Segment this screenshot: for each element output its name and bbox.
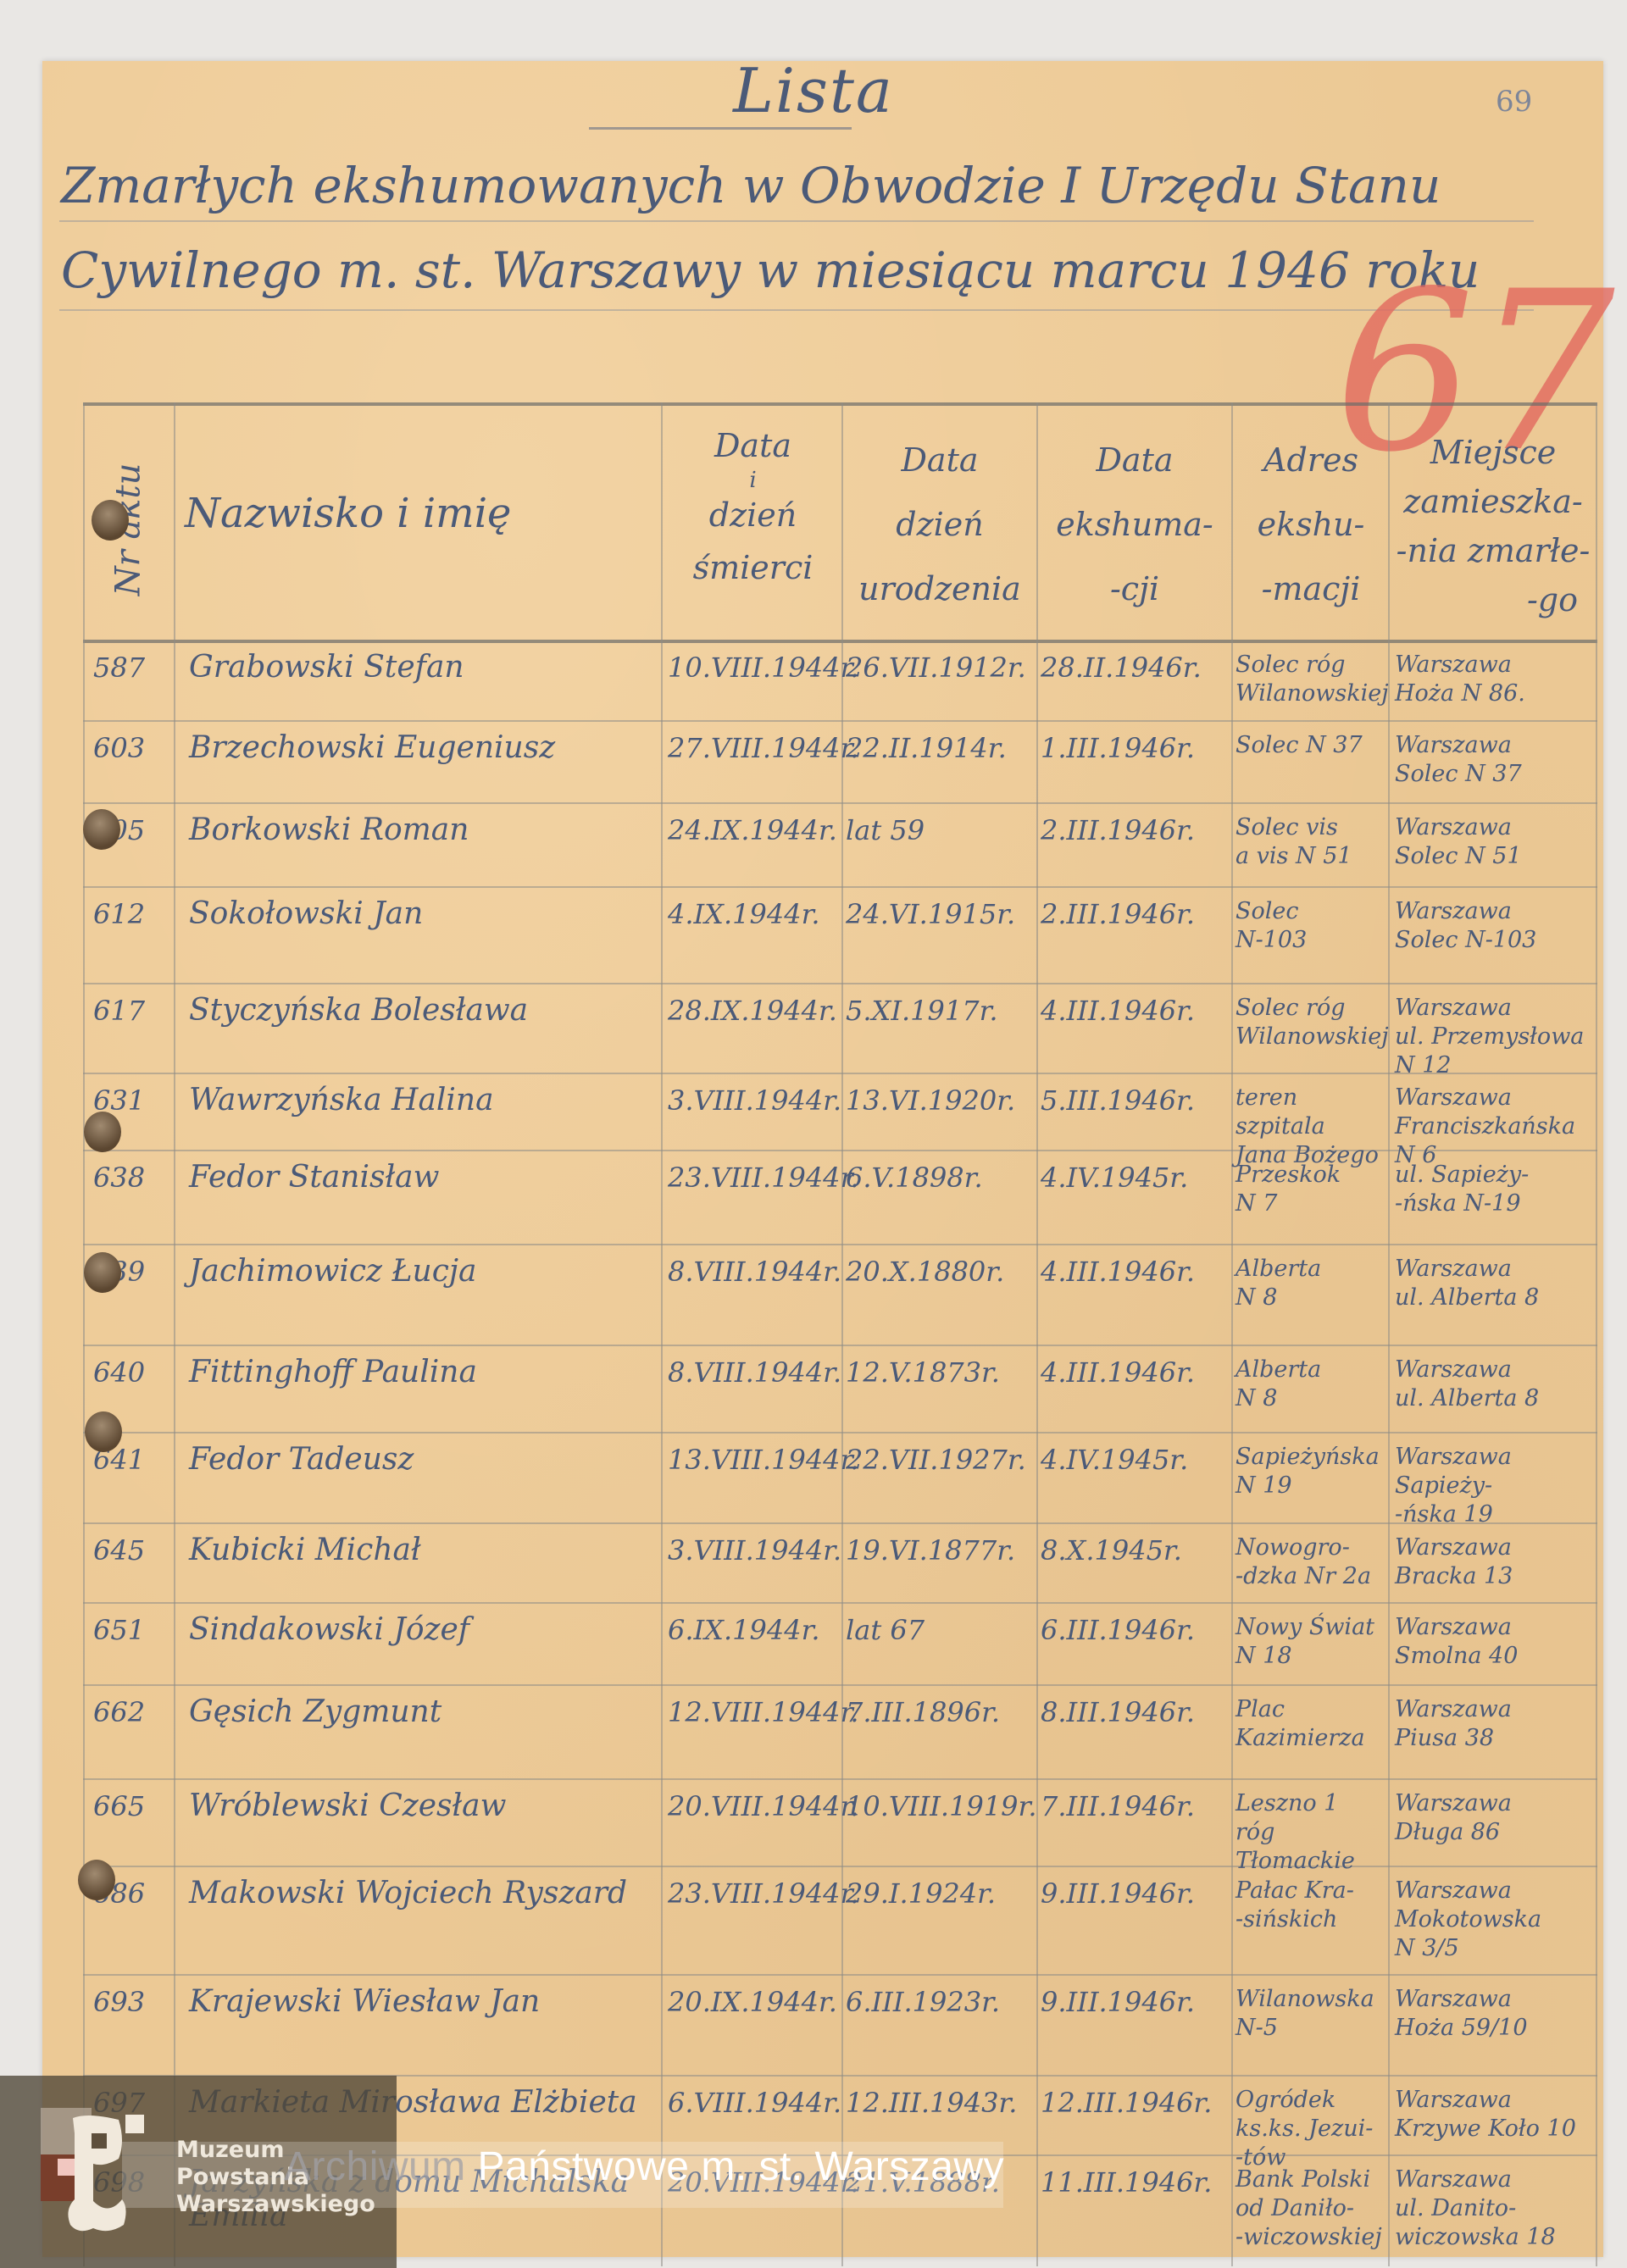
cell-birth: 22.II.1914r. <box>846 731 1036 765</box>
header-line: -nia zmarłe- <box>1391 526 1595 575</box>
cell-residence: Warszawa Długa 86 <box>1395 1789 1594 1847</box>
cell-birth: 19.VI.1877r. <box>846 1533 1036 1567</box>
column-rule <box>83 402 85 2266</box>
row-rule <box>83 1974 1597 1976</box>
cell-residence: Warszawa Sapieży- -ńska 19 <box>1395 1443 1594 1529</box>
cell-no: 651 <box>93 1613 174 1647</box>
cell-name: Fedor Tadeusz <box>189 1443 659 1477</box>
cell-no: 617 <box>93 994 174 1028</box>
cell-exhumation: 4.III.1946r. <box>1041 1356 1231 1389</box>
header-line: Data <box>1041 428 1229 492</box>
header-residence: Miejsce zamieszka- -nia zmarłe- -go <box>1391 428 1595 624</box>
row-rule <box>83 1684 1597 1686</box>
cell-residence: Warszawa Bracka 13 <box>1395 1533 1594 1591</box>
header-line: Adres <box>1234 428 1388 492</box>
cell-birth: 12.III.1943r. <box>846 2086 1036 2120</box>
header-line: -macji <box>1234 557 1388 621</box>
row-rule <box>83 720 1597 722</box>
cell-no: 603 <box>93 731 174 765</box>
cell-exhumation-address: Solec róg Wilanowskiej <box>1236 651 1388 708</box>
cell-name: Grabowski Stefan <box>189 651 659 685</box>
cell-birth: 22.VII.1927r. <box>846 1443 1036 1477</box>
cell-residence: Warszawa ul. Danito- wiczowska 18 <box>1395 2165 1594 2252</box>
header-line: Data <box>846 428 1034 492</box>
header-line: dzień <box>846 492 1034 557</box>
header-exhumation-address: Adres ekshu- -macji <box>1234 428 1388 621</box>
cell-exhumation: 2.III.1946r. <box>1041 897 1231 931</box>
cell-residence: Warszawa Solec N-103 <box>1395 897 1594 955</box>
cell-exhumation-address: Alberta N 8 <box>1236 1356 1388 1413</box>
punch-hole <box>78 1860 115 1900</box>
cell-name: Kubicki Michał <box>189 1533 659 1567</box>
cell-exhumation-address: Solec róg Wilanowskiej <box>1236 994 1388 1051</box>
cell-name: Krajewski Wiesław Jan <box>189 1985 659 2019</box>
header-line: urodzenia <box>846 557 1034 621</box>
header-bottom-rule <box>83 640 1597 643</box>
row-rule <box>83 1602 1597 1604</box>
row-rule <box>83 886 1597 888</box>
archive-name: Archiwum Państwowe m. st. Warszawy <box>284 2143 1004 2190</box>
cell-exhumation: 7.III.1946r. <box>1041 1789 1231 1823</box>
row-rule <box>83 1522 1597 1524</box>
cell-exhumation-address: Solec N 37 <box>1236 731 1388 760</box>
document-subtitle-line-2: Cywilnego m. st. Warszawy w miesiącu mar… <box>61 241 1480 299</box>
header-label: Nazwisko i imię <box>185 490 511 537</box>
cell-exhumation-address: Ogródek ks.ks. Jezui- -tów <box>1236 2086 1388 2172</box>
cell-residence: Warszawa Solec N 51 <box>1395 813 1594 871</box>
cell-residence: Warszawa ul. Alberta 8 <box>1395 1255 1594 1312</box>
cell-no: 612 <box>93 897 174 931</box>
cell-residence: Warszawa Piusa 38 <box>1395 1695 1594 1753</box>
cell-residence: Warszawa Krzywe Koło 10 <box>1395 2086 1594 2143</box>
cell-death: 23.VIII.1944r. <box>668 1877 841 1910</box>
cell-birth: 5.XI.1917r. <box>846 994 1036 1028</box>
punch-hole <box>92 500 129 541</box>
cell-death: 12.VIII.1944r. <box>668 1695 841 1729</box>
cell-name: Sokołowski Jan <box>189 897 659 931</box>
cell-exhumation: 28.II.1946r. <box>1041 651 1231 685</box>
cell-exhumation-address: Bank Polski od Daniło- -wiczowskiej <box>1236 2165 1388 2252</box>
cell-no: 587 <box>93 651 174 685</box>
cell-birth: 10.VIII.1919r. <box>846 1789 1036 1823</box>
row-rule <box>83 1244 1597 1245</box>
cell-death: 6.IX.1944r. <box>668 1613 841 1647</box>
cell-exhumation: 4.III.1946r. <box>1041 1255 1231 1289</box>
cell-death: 13.VIII.1944r. <box>668 1443 841 1477</box>
cell-exhumation: 2.III.1946r. <box>1041 813 1231 847</box>
header-name: Nazwisko i imię <box>185 487 659 540</box>
cell-residence: Warszawa Solec N 37 <box>1395 731 1594 789</box>
ruled-line <box>59 220 1534 222</box>
cell-exhumation-address: teren szpitala Jana Bożego <box>1236 1084 1388 1170</box>
cell-exhumation: 5.III.1946r. <box>1041 1084 1231 1117</box>
cell-exhumation-address: Solec N-103 <box>1236 897 1388 955</box>
polska-walczaca-anchor-icon <box>41 2108 151 2235</box>
cell-birth: 12.V.1873r. <box>846 1356 1036 1389</box>
header-line: -cji <box>1041 557 1229 621</box>
cell-residence: Warszawa Franciszkańska N 6 <box>1395 1084 1594 1170</box>
cell-exhumation: 1.III.1946r. <box>1041 731 1231 765</box>
cell-exhumation: 8.III.1946r. <box>1041 1695 1231 1729</box>
header-line: ekshu- <box>1234 492 1388 557</box>
exhumation-table: Nr aktu Nazwisko i imię Data i dzień śmi… <box>83 402 1597 2266</box>
cell-residence: Warszawa Hoża 59/10 <box>1395 1985 1594 2043</box>
cell-exhumation-address: Wilanowska N-5 <box>1236 1985 1388 2043</box>
cell-no: 640 <box>93 1356 174 1389</box>
cell-birth: 29.I.1924r. <box>846 1877 1036 1910</box>
header-line: i <box>666 472 840 489</box>
row-rule <box>83 1432 1597 1433</box>
cell-death: 10.VIII.1944r. <box>668 651 841 685</box>
cell-death: 3.VIII.1944r. <box>668 1084 841 1117</box>
cell-exhumation: 9.III.1946r. <box>1041 1877 1231 1910</box>
cell-name: Wawrzyńska Halina <box>189 1084 659 1117</box>
row-rule <box>83 1073 1597 1074</box>
cell-name: Sindakowski Józef <box>189 1613 659 1647</box>
header-exhumation-date: Data ekshuma- -cji <box>1041 428 1229 621</box>
cell-death: 20.VIII.1944r. <box>668 1789 841 1823</box>
punch-hole <box>84 1112 121 1152</box>
header-line: Data <box>666 419 840 472</box>
punch-hole <box>85 1411 122 1452</box>
row-rule <box>83 1778 1597 1780</box>
document-subtitle-line-1: Zmarłych ekshumowanych w Obwodzie I Urzę… <box>61 157 1441 214</box>
cell-birth: 6.V.1898r. <box>846 1161 1036 1195</box>
archive-name-main: Państwowe m. st. Warszawy <box>466 2144 1004 2189</box>
museum-name-line: Warszawskiego <box>176 2191 375 2218</box>
cell-death: 28.IX.1944r. <box>668 994 841 1028</box>
cell-exhumation: 4.III.1946r. <box>1041 994 1231 1028</box>
cell-residence: Warszawa ul. Przemysłowa N 12 <box>1395 994 1594 1080</box>
cell-name: Gęsich Zygmunt <box>189 1695 659 1729</box>
title-underline <box>589 127 852 130</box>
row-rule <box>83 1345 1597 1346</box>
cell-exhumation: 8.X.1945r. <box>1041 1533 1231 1567</box>
cell-exhumation-address: Nowogro- -dzka Nr 2a <box>1236 1533 1388 1591</box>
archive-name-faded: Archiwum <box>284 2144 466 2189</box>
cell-death: 24.IX.1944r. <box>668 813 841 847</box>
cell-death: 8.VIII.1944r. <box>668 1356 841 1389</box>
ruled-line <box>59 309 1534 311</box>
cell-exhumation: 12.III.1946r. <box>1041 2086 1231 2120</box>
cell-death: 3.VIII.1944r. <box>668 1533 841 1567</box>
cell-no: 665 <box>93 1789 174 1823</box>
cell-residence: Warszawa Hoża N 86. <box>1395 651 1594 708</box>
cell-death: 27.VIII.1944r. <box>668 731 841 765</box>
column-rule <box>1596 402 1597 2266</box>
cell-name: Wróblewski Czesław <box>189 1789 659 1823</box>
cell-exhumation-address: Nowy Świat N 18 <box>1236 1613 1388 1671</box>
cell-exhumation-address: Solec vis a vis N 51 <box>1236 813 1388 871</box>
row-rule <box>83 983 1597 984</box>
table-top-rule <box>83 402 1597 406</box>
cell-exhumation: 4.IV.1945r. <box>1041 1443 1231 1477</box>
cell-no: 693 <box>93 1985 174 2019</box>
cell-residence: Warszawa Smolna 40 <box>1395 1613 1594 1671</box>
punch-hole <box>84 1252 121 1293</box>
header-birth-date: Data dzień urodzenia <box>846 428 1034 621</box>
cell-death: 6.VIII.1944r. <box>668 2086 841 2120</box>
cell-name: Styczyńska Bolesława <box>189 994 659 1028</box>
cell-exhumation: 4.IV.1945r. <box>1041 1161 1231 1195</box>
cell-exhumation-address: Alberta N 8 <box>1236 1255 1388 1312</box>
column-rule <box>174 402 175 2266</box>
cell-exhumation-address: Przeskok N 7 <box>1236 1161 1388 1218</box>
column-rule <box>1231 402 1233 2266</box>
punch-hole <box>83 809 120 850</box>
cell-no: 645 <box>93 1533 174 1567</box>
cell-name: Brzechowski Eugeniusz <box>189 731 659 765</box>
cell-exhumation-address: Pałac Kra- -sińskich <box>1236 1877 1388 1934</box>
cell-name: Fittinghoff Paulina <box>189 1356 659 1389</box>
row-rule <box>83 802 1597 804</box>
header-line: Miejsce <box>1391 428 1595 477</box>
header-line: śmierci <box>666 541 840 594</box>
cell-birth: lat 67 <box>846 1613 1036 1647</box>
cell-birth: lat 59 <box>846 813 1036 847</box>
cell-death: 8.VIII.1944r. <box>668 1255 841 1289</box>
cell-birth: 24.VI.1915r. <box>846 897 1036 931</box>
header-line: zamieszka- <box>1391 477 1595 526</box>
cell-exhumation-address: Leszno 1 róg Tłomackie <box>1236 1789 1388 1876</box>
cell-exhumation: 11.III.1946r. <box>1041 2165 1231 2199</box>
cell-exhumation: 6.III.1946r. <box>1041 1613 1231 1647</box>
cell-no: 638 <box>93 1161 174 1195</box>
cell-birth: 7.III.1896r. <box>846 1695 1036 1729</box>
cell-residence: Warszawa Mokotowska N 3/5 <box>1395 1877 1594 1963</box>
cell-no: 662 <box>93 1695 174 1729</box>
cell-exhumation-address: Plac Kazimierza <box>1236 1695 1388 1753</box>
cell-birth: 13.VI.1920r. <box>846 1084 1036 1117</box>
cell-birth: 20.X.1880r. <box>846 1255 1036 1289</box>
cell-name: Makowski Wojciech Ryszard <box>189 1877 659 1910</box>
cell-birth: 6.III.1923r. <box>846 1985 1036 2019</box>
header-line: dzień <box>666 489 840 541</box>
cell-name: Borkowski Roman <box>189 813 659 847</box>
column-rule <box>661 402 663 2266</box>
cell-residence: ul. Sapieży- -ńska N-19 <box>1395 1161 1594 1218</box>
header-death-date: Data i dzień śmierci <box>666 419 840 594</box>
cell-exhumation-address: Sapieżyńska N 19 <box>1236 1443 1388 1500</box>
header-line: -go <box>1391 575 1595 624</box>
cell-death: 23.VIII.1944r. <box>668 1161 841 1195</box>
cell-exhumation: 9.III.1946r. <box>1041 1985 1231 2019</box>
cell-name: Fedor Stanisław <box>189 1161 659 1195</box>
column-rule <box>1036 402 1038 2266</box>
document-title: Lista <box>0 55 1627 126</box>
cell-death: 20.IX.1944r. <box>668 1985 841 2019</box>
header-line: ekshuma- <box>1041 492 1229 557</box>
cell-birth: 26.VII.1912r. <box>846 651 1036 685</box>
cell-name: Jachimowicz Łucja <box>189 1255 659 1289</box>
cell-death: 4.IX.1944r. <box>668 897 841 931</box>
cell-residence: Warszawa ul. Alberta 8 <box>1395 1356 1594 1413</box>
